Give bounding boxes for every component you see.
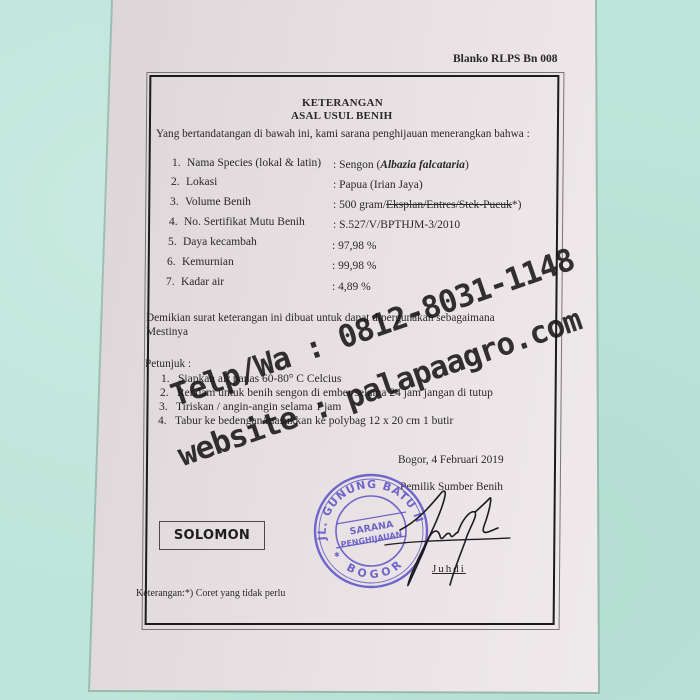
title-line-1: KETERANGAN [302,97,383,109]
field-1-value: : Sengon (Albazia falcataria) [333,159,469,171]
svg-text:✱: ✱ [334,551,340,559]
field-2-label: Lokasi [186,176,217,188]
signature [380,490,520,590]
field-7-value: : 4,89 % [332,281,371,293]
field-1-label: Nama Species (lokal & latin) [187,157,321,169]
instructions-heading: Petunjuk : [145,358,191,370]
instruction-4-num: 4. [158,415,167,427]
field-6-label: Kemurnian [182,256,234,268]
field-1-num: 1. [172,157,181,169]
closing-line-2: Mestinya [146,326,188,338]
field-5-num: 5. [168,236,177,248]
field-4-value: : S.527/V/BPTHJM-3/2010 [333,219,460,231]
field-2-value: : Papua (Irian Jaya) [333,179,423,191]
field-7-label: Kadar air [181,276,224,288]
intro-text: Yang bertandatangan di bawah ini, kami s… [156,128,530,140]
field-3-value: : 500 gram/Eksplan/Entres/Stek-Pucuk*) [333,199,521,211]
field-1-value-latin: Albazia falcataria [380,159,465,171]
title-line-2: ASAL USUL BENIH [291,110,392,122]
field-5-value: : 97,98 % [332,240,376,252]
place-date: Bogor, 4 Februari 2019 [398,454,504,466]
field-6-num: 6. [167,256,176,268]
instruction-2-num: 2. [160,387,169,399]
field-7-num: 7. [166,276,175,288]
field-5-label: Daya kecambah [183,236,257,248]
instruction-3-num: 3. [159,401,168,413]
field-1-value-suffix: ) [465,159,469,171]
field-3-value-struck: Eksplan/Entres/Stek-Pucuk [386,199,512,211]
field-1-value-prefix: : Sengon ( [333,159,380,171]
field-3-num: 3. [170,196,179,208]
footnote: Keterangan:*) Coret yang tidak perlu [136,588,285,599]
field-3-value-prefix: : 500 gram/ [333,199,386,211]
field-2-num: 2. [171,176,180,188]
form-code: Blanko RLPS Bn 008 [453,53,558,65]
field-3-label: Volume Benih [185,196,251,208]
document: Blanko RLPS Bn 008 KETERANGAN ASAL USUL … [0,0,700,700]
field-4-num: 4. [169,216,178,228]
field-6-value: : 99,98 % [332,260,376,272]
field-4-label: No. Sertifikat Mutu Benih [184,216,305,228]
field-3-value-suffix: *) [512,199,522,211]
label-box: SOLOMON [159,521,265,550]
